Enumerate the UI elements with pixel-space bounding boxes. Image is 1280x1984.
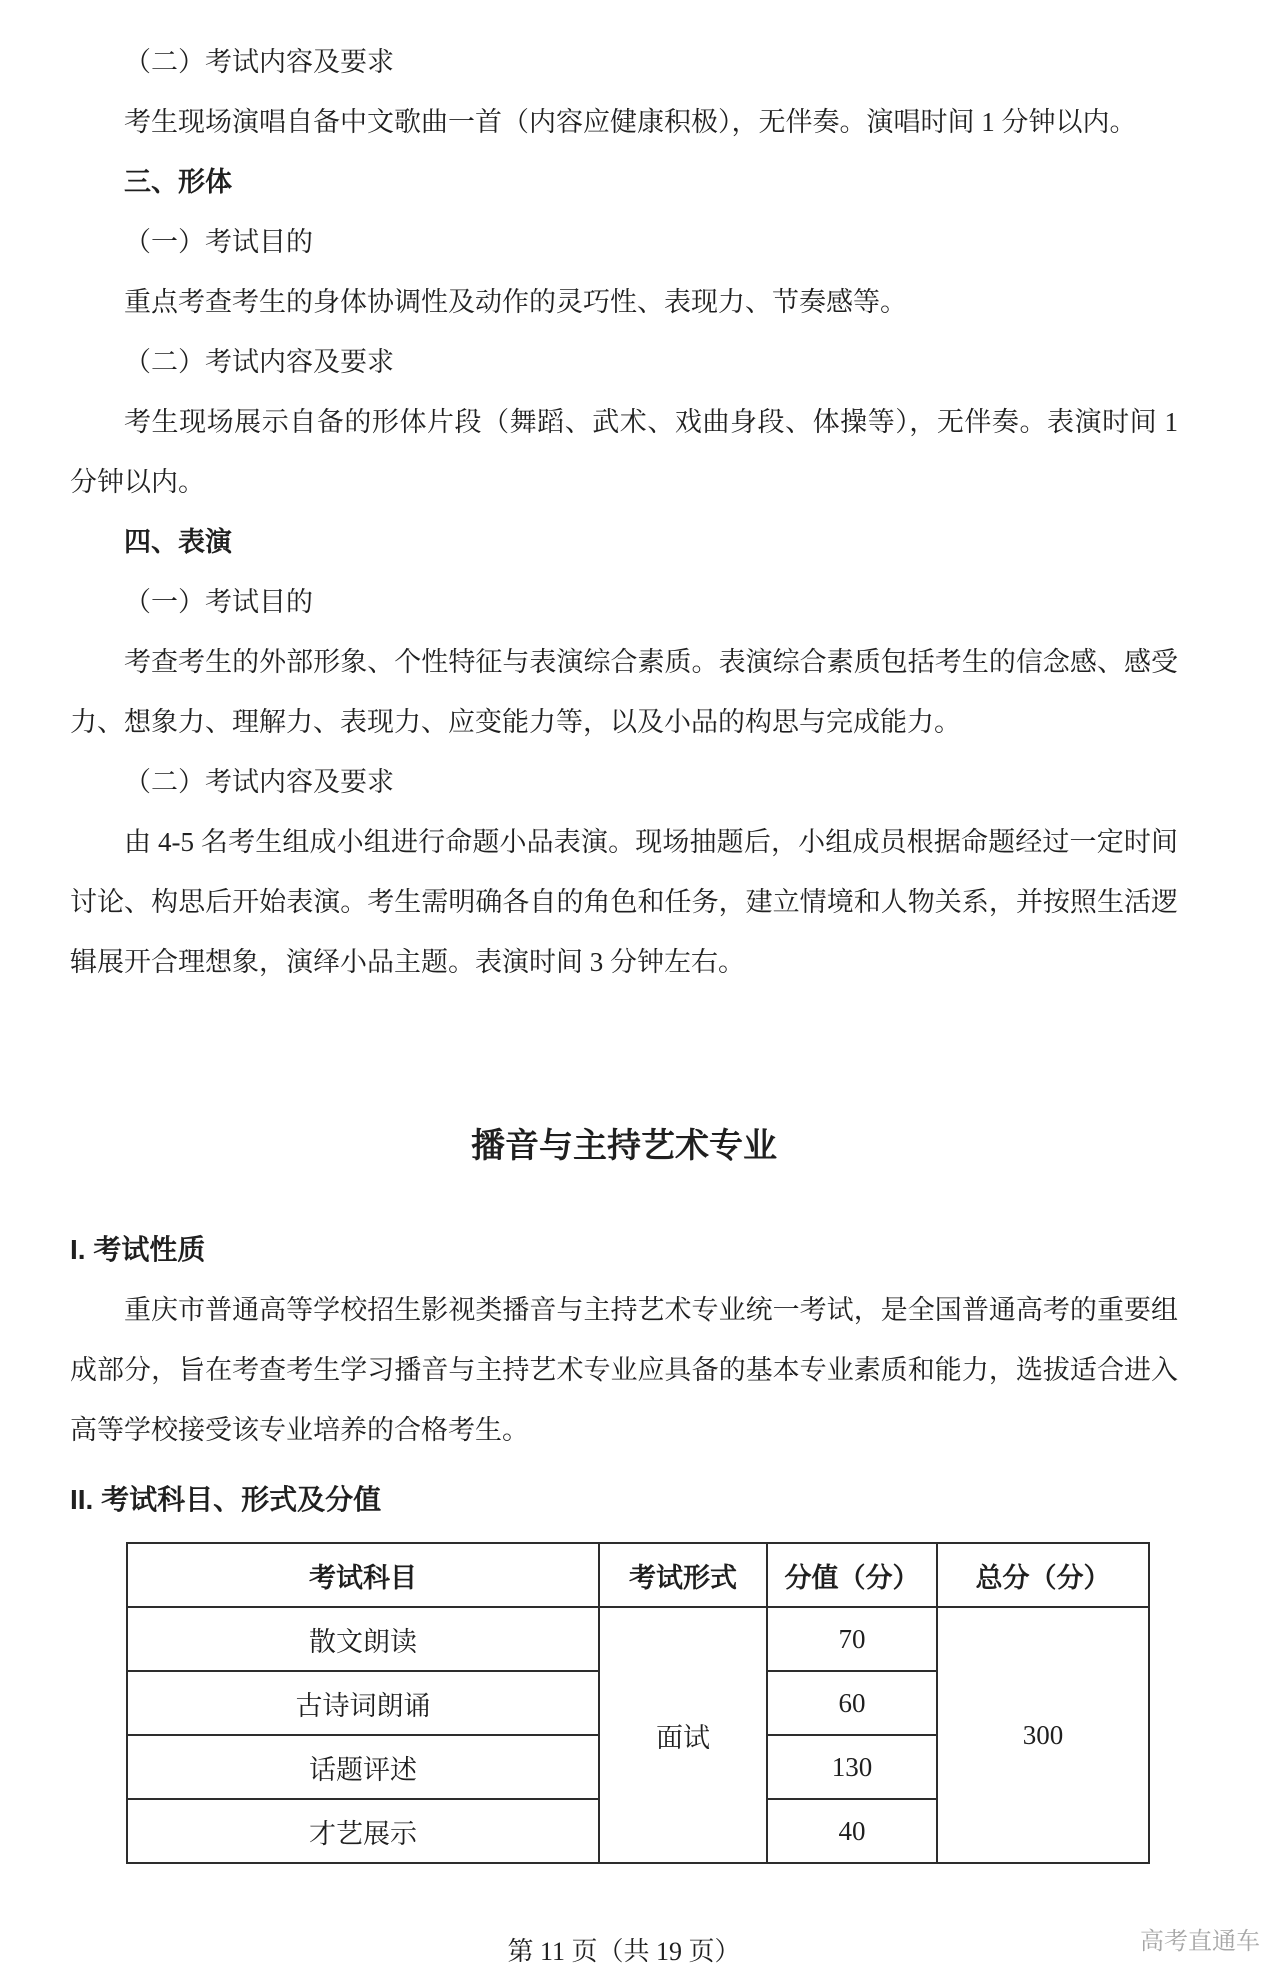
paragraph-performance-purpose: 考查考生的外部形象、个性特征与表演综合素质。表演综合素质包括考生的信念感、感受力…: [70, 632, 1178, 752]
watermark: 高考直通车: [1140, 1928, 1260, 1956]
cell-subject: 古诗词朗诵: [127, 1671, 599, 1735]
cell-total-score: 300: [937, 1607, 1149, 1863]
page-number: 第 11 页（共 19 页）: [70, 1936, 1178, 1968]
cell-score: 40: [767, 1799, 937, 1863]
cell-subject: 才艺展示: [127, 1799, 599, 1863]
subheading-exam-purpose-1: （一）考试目的: [70, 212, 1178, 272]
header-exam-subject: 考试科目: [127, 1543, 599, 1607]
section-1-paragraph: 重庆市普通高等学校招生影视类播音与主持艺术专业统一考试，是全国普通高考的重要组成…: [70, 1280, 1178, 1460]
document-page: （二）考试内容及要求 考生现场演唱自备中文歌曲一首（内容应健康积极），无伴奏。演…: [0, 0, 1280, 1984]
document-content: （二）考试内容及要求 考生现场演唱自备中文歌曲一首（内容应健康积极），无伴奏。演…: [70, 32, 1178, 1864]
section-2-heading: II. 考试科目、形式及分值: [70, 1470, 1178, 1530]
paragraph-physique-purpose: 重点考查考生的身体协调性及动作的灵巧性、表现力、节奏感等。: [70, 272, 1178, 332]
header-total-score: 总分（分）: [937, 1543, 1149, 1607]
major-title: 播音与主持艺术专业: [70, 1110, 1178, 1182]
table-header-row: 考试科目 考试形式 分值（分） 总分（分）: [127, 1543, 1149, 1607]
subheading-exam-content-2: （二）考试内容及要求: [70, 332, 1178, 392]
cell-score: 130: [767, 1735, 937, 1799]
heading-performance: 四、表演: [70, 512, 1178, 572]
table-row: 散文朗读 面试 70 300: [127, 1607, 1149, 1671]
cell-subject: 散文朗读: [127, 1607, 599, 1671]
subheading-exam-content-3: （二）考试内容及要求: [70, 752, 1178, 812]
heading-physique: 三、形体: [70, 152, 1178, 212]
paragraph-singing: 考生现场演唱自备中文歌曲一首（内容应健康积极），无伴奏。演唱时间 1 分钟以内。: [70, 92, 1178, 152]
header-score: 分值（分）: [767, 1543, 937, 1607]
section-1-heading: I. 考试性质: [70, 1220, 1178, 1280]
header-exam-format: 考试形式: [599, 1543, 767, 1607]
cell-score: 70: [767, 1607, 937, 1671]
paragraph-physique-content: 考生现场展示自备的形体片段（舞蹈、武术、戏曲身段、体操等），无伴奏。表演时间 1…: [70, 392, 1178, 512]
score-table: 考试科目 考试形式 分值（分） 总分（分） 散文朗读 面试 70 300 古诗词…: [126, 1542, 1150, 1864]
subheading-exam-purpose-2: （一）考试目的: [70, 572, 1178, 632]
paragraph-performance-content: 由 4-5 名考生组成小组进行命题小品表演。现场抽题后，小组成员根据命题经过一定…: [70, 812, 1178, 992]
subheading-exam-content-1: （二）考试内容及要求: [70, 32, 1178, 92]
cell-subject: 话题评述: [127, 1735, 599, 1799]
cell-exam-format: 面试: [599, 1607, 767, 1863]
cell-score: 60: [767, 1671, 937, 1735]
